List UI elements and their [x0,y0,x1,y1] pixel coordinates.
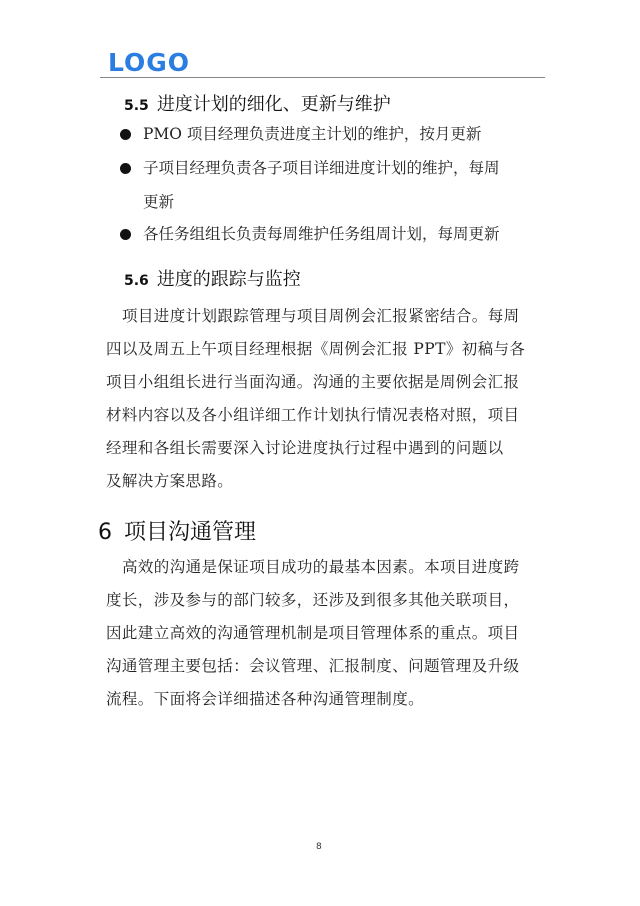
paragraph-line: 高效的沟通是保证项目成功的最基本因素。本项目进度跨 [122,552,520,582]
chapter-number: 6 [98,520,112,545]
bullet-text: 子项目经理负责各子项目详细进度计划的维护，每周 [143,150,500,186]
bullet-text: PMO 项目经理负责进度主计划的维护，按月更新 [143,116,481,152]
bullet-dot-icon [120,229,131,240]
paragraph-line: 流程。下面将会详细描述各种沟通管理制度。 [106,684,424,714]
chapter-title: 项目沟通管理 [124,520,256,545]
header-divider [100,77,545,78]
bullet-dot-icon [120,129,131,140]
section-heading-5-5: 5.5进度计划的细化、更新与维护 [124,90,391,116]
paragraph-line: 度长，涉及参与的部门较多，还涉及到很多其他关联项目， [106,585,519,615]
paragraph-line: 四以及周五上午项目经理根据《周例会汇报 PPT》初稿与各 [106,334,525,364]
bullet-text: 各任务组组长负责每周维护任务组周计划，每周更新 [143,216,500,252]
bullet-dot-icon [120,163,131,174]
paragraph-line: 项目小组组长进行当面沟通。沟通的主要依据是周例会汇报 [106,367,519,397]
section-number: 5.5 [124,98,149,114]
paragraph-line: 经理和各组长需要深入讨论进度执行过程中遇到的问题以 [106,433,504,463]
page-number: 8 [316,842,322,852]
paragraph-line: 材料内容以及各小组详细工作计划执行情况表格对照，项目 [106,400,519,430]
paragraph-line: 沟通管理主要包括：会议管理、汇报制度、问题管理及升级 [106,651,519,681]
section-number: 5.6 [124,273,149,289]
paragraph-line: 及解决方案思路。 [106,466,233,496]
section-title: 进度的跟踪与监控 [157,269,301,290]
section-heading-5-6: 5.6进度的跟踪与监控 [124,265,301,291]
chapter-heading-6: 6项目沟通管理 [98,515,256,546]
bullet-text: 更新 [143,184,174,220]
paragraph-line: 项目进度计划跟踪管理与项目周例会汇报紧密结合。每周 [122,301,520,331]
logo: LOGO [108,49,190,77]
section-title: 进度计划的细化、更新与维护 [157,94,391,115]
paragraph-line: 因此建立高效的沟通管理机制是项目管理体系的重点。项目 [106,618,519,648]
